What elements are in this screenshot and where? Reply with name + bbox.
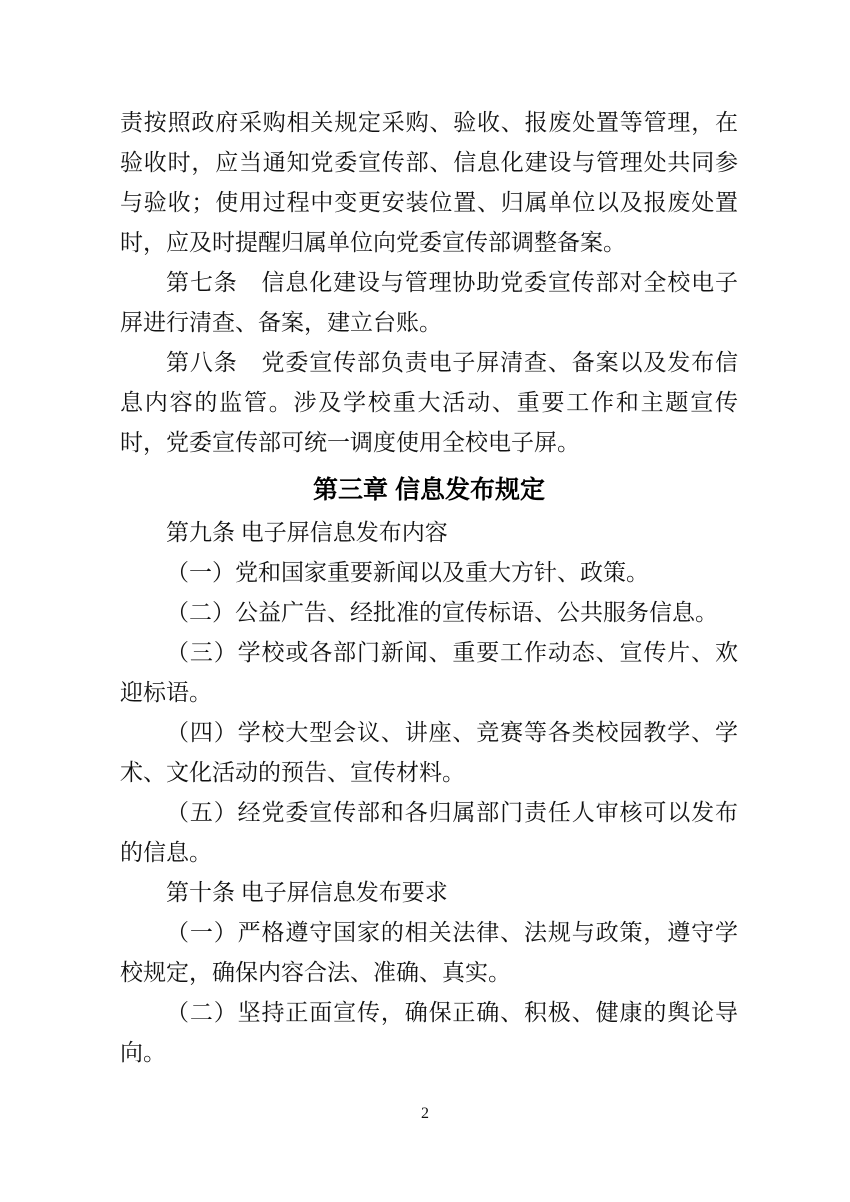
chapter-heading: 第三章 信息发布规定: [120, 469, 738, 511]
paragraph-article-9-title: 第九条 电子屏信息发布内容: [120, 513, 738, 553]
paragraph-continuation: 责按照政府采购相关规定采购、验收、报废处置等管理，在验收时，应当通知党委宣传部、…: [120, 103, 738, 263]
paragraph-article-10-title: 第十条 电子屏信息发布要求: [120, 873, 738, 913]
paragraph-item-1: （一）党和国家重要新闻以及重大方针、政策。: [120, 553, 738, 593]
page-number: 2: [0, 1104, 850, 1124]
document-page: 责按照政府采购相关规定采购、验收、报废处置等管理，在验收时，应当通知党委宣传部、…: [0, 0, 850, 1202]
paragraph-item-4: （四）学校大型会议、讲座、竞赛等各类校园教学、学术、文化活动的预告、宣传材料。: [120, 713, 738, 793]
paragraph-item-3: （三）学校或各部门新闻、重要工作动态、宣传片、欢迎标语。: [120, 633, 738, 713]
paragraph-article-7: 第七条 信息化建设与管理协助党委宣传部对全校电子屏进行清查、备案，建立台账。: [120, 263, 738, 343]
paragraph-item-2: （二）公益广告、经批准的宣传标语、公共服务信息。: [120, 593, 738, 633]
paragraph-article-8: 第八条 党委宣传部负责电子屏清查、备案以及发布信息内容的监管。涉及学校重大活动、…: [120, 343, 738, 463]
paragraph-item-2-art10: （二）坚持正面宣传，确保正确、积极、健康的舆论导向。: [120, 993, 738, 1073]
paragraph-item-5: （五）经党委宣传部和各归属部门责任人审核可以发布的信息。: [120, 793, 738, 873]
document-body: 责按照政府采购相关规定采购、验收、报废处置等管理，在验收时，应当通知党委宣传部、…: [120, 103, 738, 1073]
paragraph-item-1-art10: （一）严格遵守国家的相关法律、法规与政策，遵守学校规定，确保内容合法、准确、真实…: [120, 913, 738, 993]
